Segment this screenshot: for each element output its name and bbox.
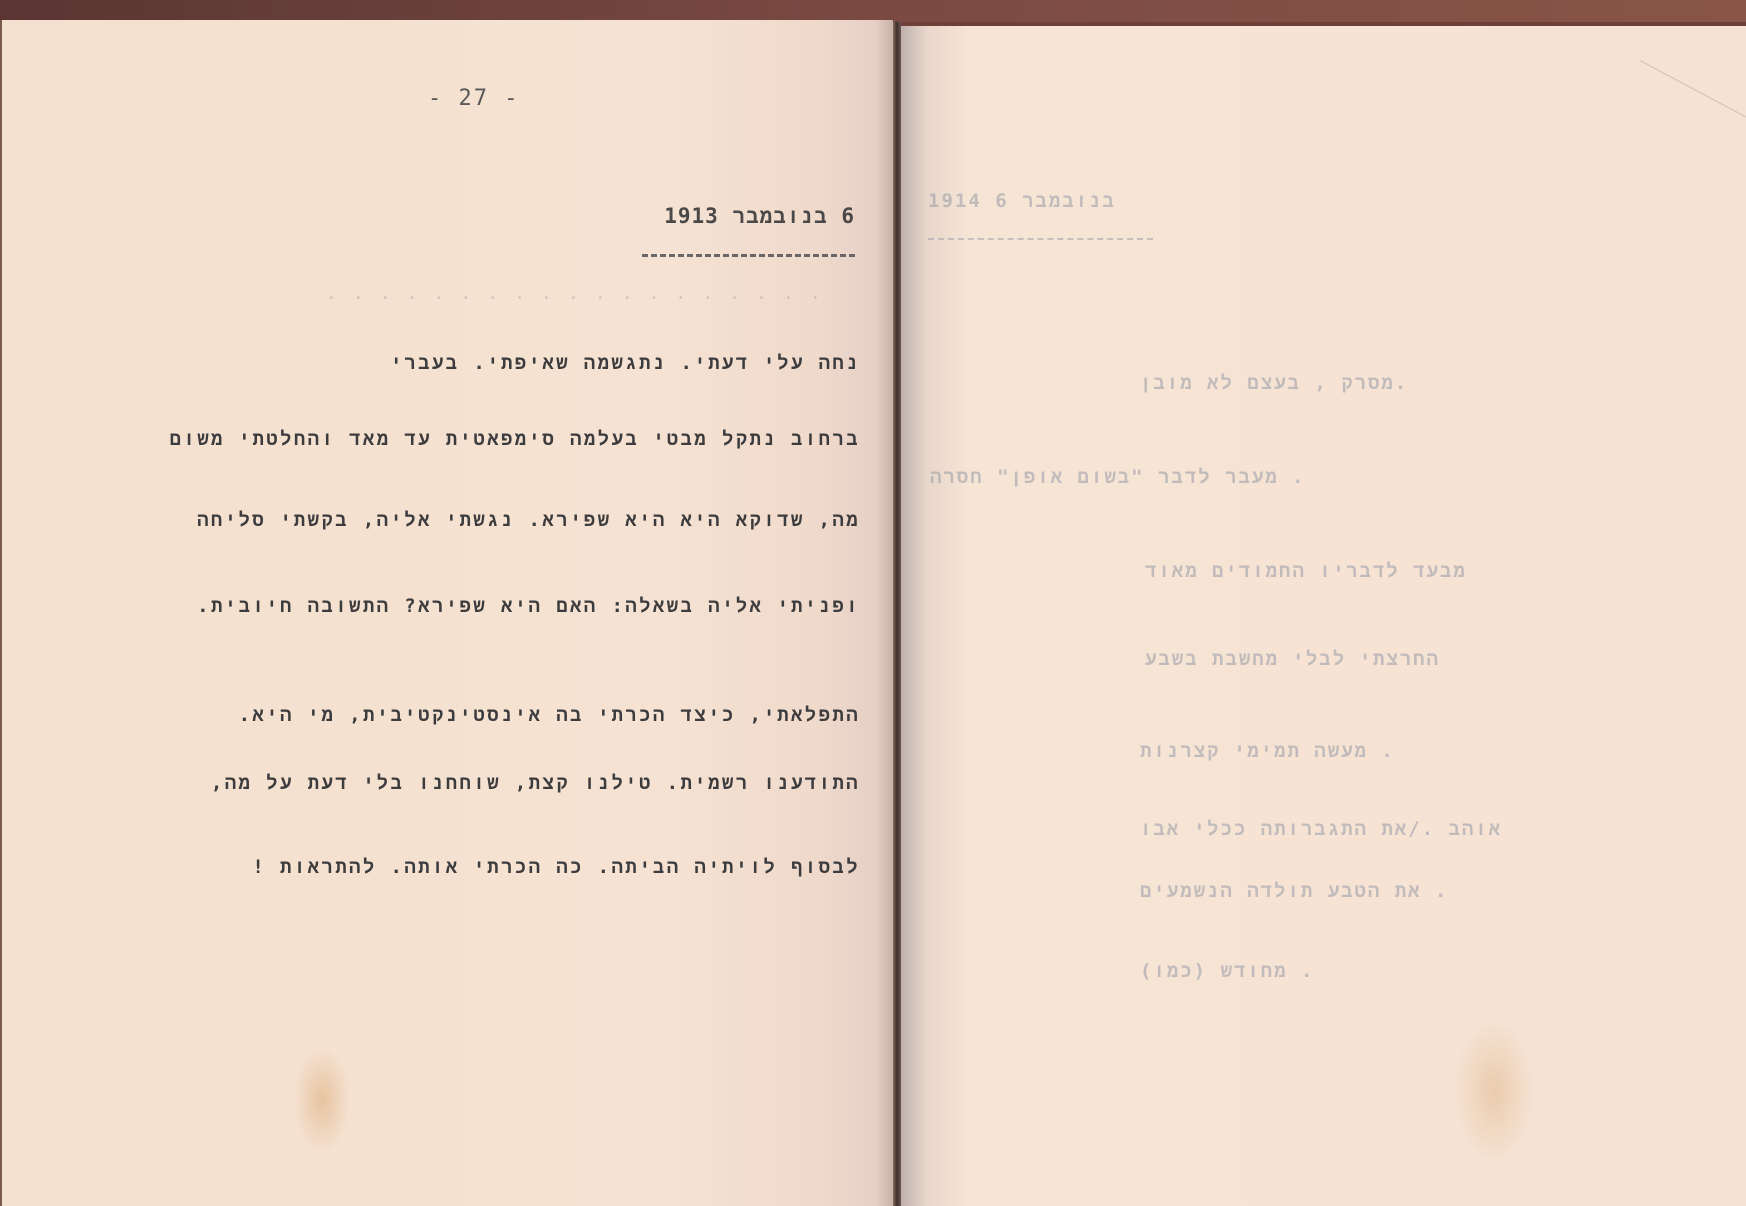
ghost-line: החרצתי לבלי מחשבת בשבע — [1145, 648, 1440, 671]
ghost-line: מעשה תמימי קצרנות . — [1140, 740, 1395, 763]
text-line: התפלאתי, כיצד הכרתי בה אינסטינקטיבית, מי… — [70, 704, 860, 727]
bleed-through-text: . . . . . . . . . . . . . . . . . . . — [326, 282, 823, 304]
page-number: - 27 - — [428, 86, 519, 111]
book-spine — [893, 22, 901, 1206]
book-cover-top-edge — [0, 0, 1746, 22]
ghost-underline — [928, 238, 1153, 240]
text-line: מה, שדוקא היא היא שפירא. נגשתי אליה, בקש… — [70, 509, 860, 532]
text-line: ופניתי אליה בשאלה: האם היא שפירא? התשובה… — [70, 595, 860, 618]
ghost-line: מעבר לדבר "בשום אופן" חסרה . — [930, 466, 1306, 489]
ghost-line: את הטבע תולדה הנשמעים . — [1140, 880, 1448, 903]
ghost-line: אוהב ./את התגברותה ככלי אבו — [1140, 818, 1502, 841]
ghost-line: מבעד לדבריו החמודים מאוד — [1145, 560, 1467, 583]
text-line: התודענו רשמית. טילנו קצת, שוחחנו בלי דעת… — [70, 772, 860, 795]
ghost-line: (כמו) מחודש . — [1140, 960, 1314, 983]
ghost-heading: 1914 6 בנובמבר — [928, 190, 1116, 213]
date-underline — [642, 254, 855, 257]
ghost-line: מסרק , בעצם לא מובן. — [1140, 372, 1408, 395]
diary-entry-date: 6 בנובמבר 1913 — [640, 204, 855, 230]
text-line: נחה עלי דעתי. נתגשמה שאיפתי. בעברי — [70, 352, 860, 375]
text-line: לבסוף לויתיה הביתה. כה הכרתי אותה. להתרא… — [70, 856, 860, 879]
text-line: ברחוב נתקל מבטי בעלמה סימפאטית עד מאד וה… — [70, 428, 860, 451]
